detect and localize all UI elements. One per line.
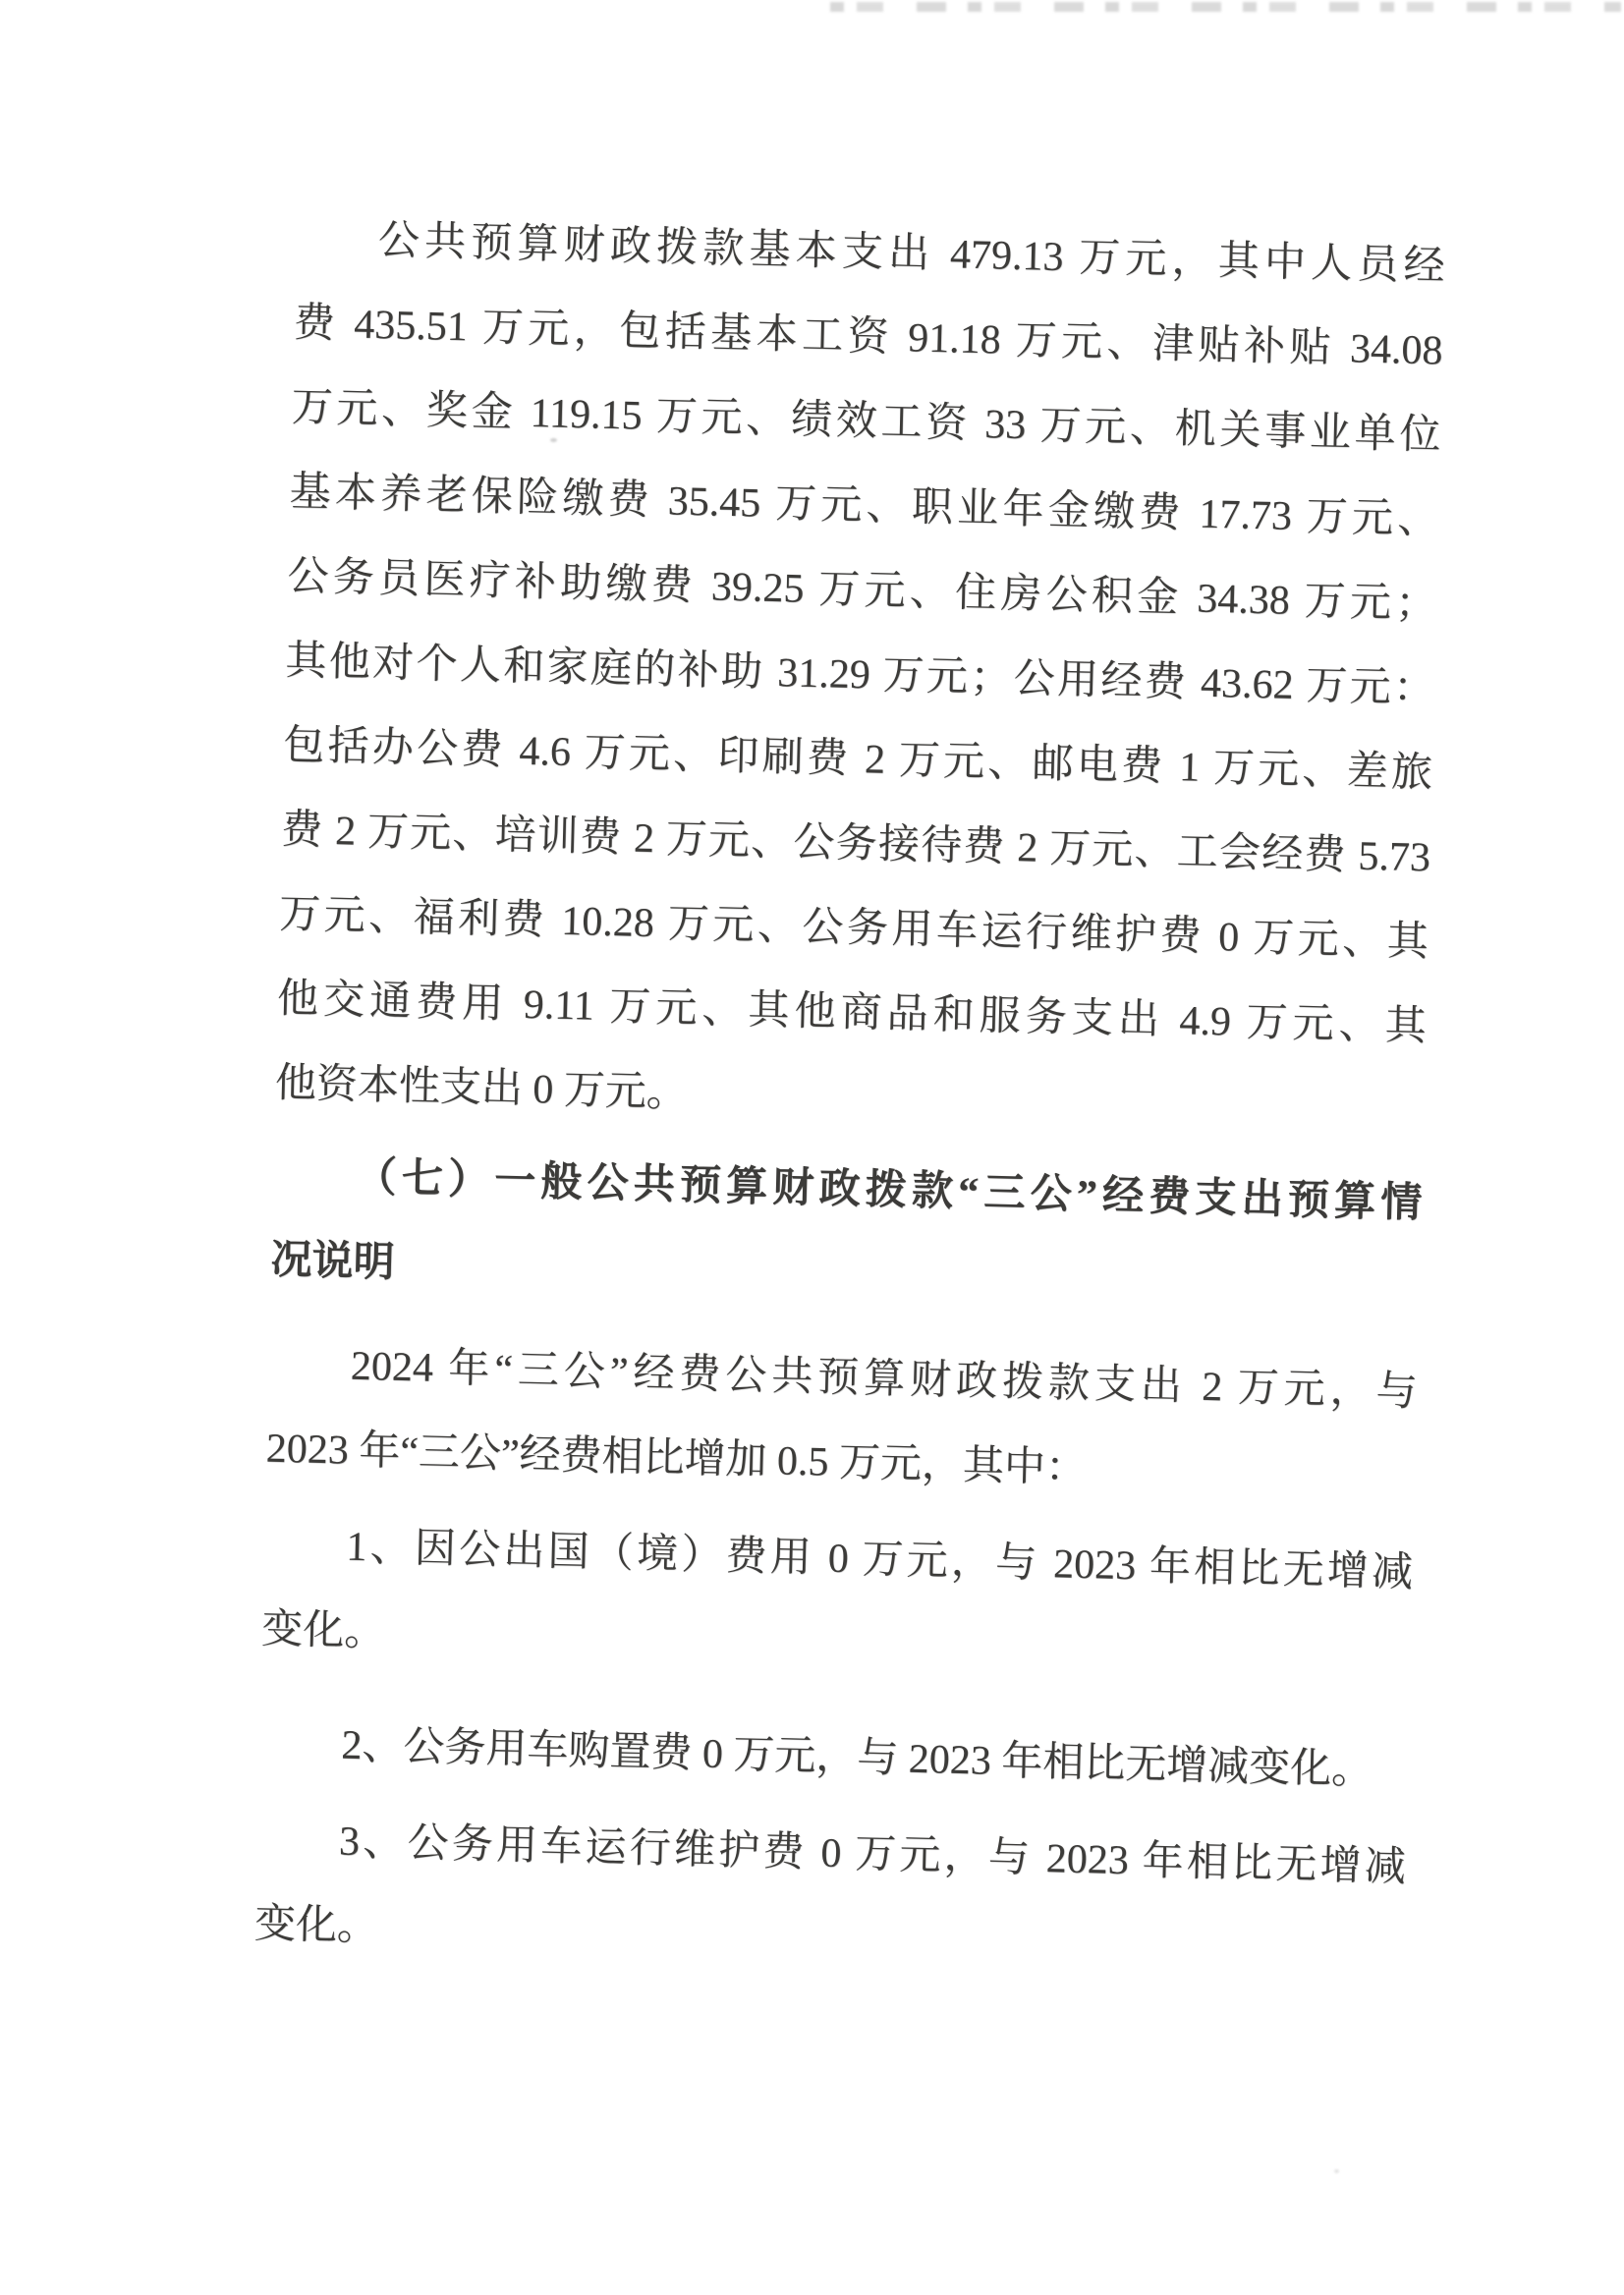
text-line: 2、公务用车购置费 0 万元，与 2023 年相比无增减变化。	[257, 1702, 1409, 1815]
paragraph-basic-expenditure-breakdown: 公共预算财政拨款基本支出 479.13 万元，其中人员经 费 435.51 万元…	[274, 196, 1446, 1153]
paragraph-sangong-summary: 2024 年“三公”经费公共预算财政拨款支出 2 万元，与 2023 年“三公”…	[265, 1322, 1419, 1520]
section-heading-sangong-budget: （七）一般公共预算财政拨款“三公”经费支出预算情 况说明	[269, 1134, 1423, 1331]
list-item-vehicle-maintenance: 3、公务用车运行维护费 0 万元，与 2023 年相比无增减 变化。	[253, 1798, 1407, 1995]
list-item-vehicle-purchase: 2、公务用车购置费 0 万元，与 2023 年相比无增减变化。	[257, 1702, 1409, 1815]
document-text-block: 公共预算财政拨款基本支出 479.13 万元，其中人员经 费 435.51 万元…	[253, 196, 1446, 1994]
scan-speck	[1334, 2169, 1339, 2173]
scan-artifact-top-edge	[830, 2, 1621, 12]
list-item-overseas-travel: 1、因公出国（境）费用 0 万元，与 2023 年相比无增减 变化。	[260, 1503, 1414, 1701]
scanned-document-page: 公共预算财政拨款基本支出 479.13 万元，其中人员经 费 435.51 万元…	[0, 0, 1624, 2295]
